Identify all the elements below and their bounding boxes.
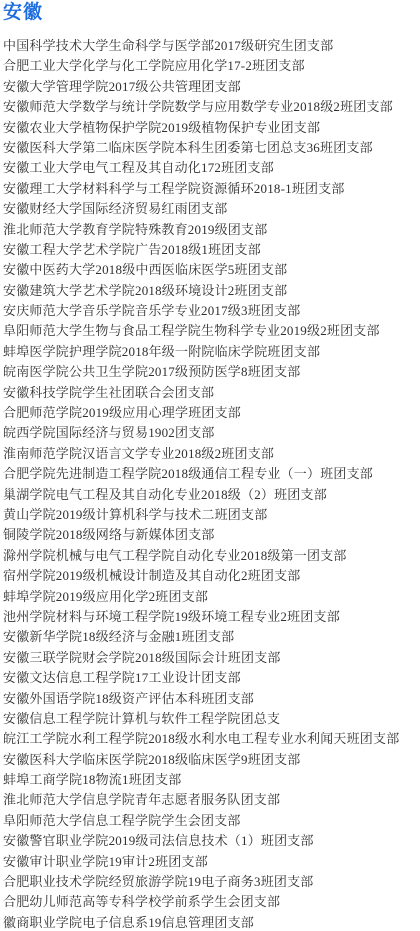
list-item: 安庆师范大学音乐学院音乐学专业2017级3班团支部 bbox=[3, 301, 420, 321]
list-item: 安徽中医药大学2018级中西医临床医学5班团支部 bbox=[3, 260, 420, 280]
list-item: 合肥职业技术学院经贸旅游学院19电子商务3班团支部 bbox=[3, 872, 420, 892]
list-item: 安徽师范大学数学与统计学院数学与应用数学专业2018级2班团支部 bbox=[3, 97, 420, 117]
list-item: 安徽医科大学第二临床医学院本科生团委第七团总支36班团支部 bbox=[3, 138, 420, 158]
list-item: 安徽工程大学艺术学院广告2018级1班团支部 bbox=[3, 240, 420, 260]
list-item: 合肥幼儿师范高等专科学校学前系学生会团支部 bbox=[3, 892, 420, 912]
list-item: 蚌埠学院2019级应用化学2班团支部 bbox=[3, 587, 420, 607]
list-item: 池州学院材料与环境工程学院19级环境工程专业2班团支部 bbox=[3, 607, 420, 627]
list-item: 安徽建筑大学艺术学院2018级环境设计2班团支部 bbox=[3, 281, 420, 301]
list-item: 安徽审计职业学院19审计2班团支部 bbox=[3, 852, 420, 872]
branch-list: 中国科学技术大学生命科学与医学部2017级研究生团支部合肥工业大学化学与化工学院… bbox=[3, 36, 420, 931]
list-item: 铜陵学院2018级网络与新媒体团支部 bbox=[3, 525, 420, 545]
list-item: 合肥学院先进制造工程学院2018级通信工程专业（一）班团支部 bbox=[3, 464, 420, 484]
list-item: 安徽三联学院财会学院2018级国际会计班团支部 bbox=[3, 648, 420, 668]
list-item: 阜阳师范大学生物与食品工程学院生物科学专业2019级2班团支部 bbox=[3, 321, 420, 341]
list-item: 巢湖学院电气工程及其自动化专业2018级（2）班团支部 bbox=[3, 485, 420, 505]
list-item: 安徽医科大学临床医学院2018级临床医学9班团支部 bbox=[3, 750, 420, 770]
list-item: 淮北师范大学教育学院特殊教育2019级团支部 bbox=[3, 220, 420, 240]
list-item: 黄山学院2019级计算机科学与技术二班团支部 bbox=[3, 505, 420, 525]
list-item: 合肥师范学院2019级应用心理学班团支部 bbox=[3, 403, 420, 423]
list-item: 安徽农业大学植物保护学院2019级植物保护专业团支部 bbox=[3, 118, 420, 138]
list-item: 蚌埠工商学院18物流1班团支部 bbox=[3, 770, 420, 790]
list-item: 安徽科技学院学生社团联合会团支部 bbox=[3, 383, 420, 403]
page-title: 安徽 bbox=[3, 1, 43, 25]
list-item: 滁州学院机械与电气工程学院自动化专业2018级第一团支部 bbox=[3, 546, 420, 566]
list-item: 皖南医学院公共卫生学院2017级预防医学8班团支部 bbox=[3, 362, 420, 382]
page: 安徽 中国科学技术大学生命科学与医学部2017级研究生团支部合肥工业大学化学与化… bbox=[0, 0, 420, 931]
list-item: 合肥工业大学化学与化工学院应用化学17-2班团支部 bbox=[3, 56, 420, 76]
list-item: 安徽新华学院18级经济与金融1班团支部 bbox=[3, 627, 420, 647]
list-item: 皖西学院国际经济与贸易1902团支部 bbox=[3, 423, 420, 443]
list-item: 安徽工业大学电气工程及其自动化172班团支部 bbox=[3, 158, 420, 178]
list-item: 安徽外国语学院18级资产评估本科班团支部 bbox=[3, 689, 420, 709]
list-item: 淮北师范大学信息学院青年志愿者服务队团支部 bbox=[3, 790, 420, 810]
list-item: 安徽大学管理学院2017级公共管理团支部 bbox=[3, 77, 420, 97]
list-item: 淮南师范学院汉语言文学专业2018级2班团支部 bbox=[3, 444, 420, 464]
list-item: 中国科学技术大学生命科学与医学部2017级研究生团支部 bbox=[3, 36, 420, 56]
list-item: 徽商职业学院电子信息系19信息管理团支部 bbox=[3, 913, 420, 931]
list-item: 安徽财经大学国际经济贸易红雨团支部 bbox=[3, 199, 420, 219]
list-item: 安徽警官职业学院2019级司法信息技术（1）班团支部 bbox=[3, 831, 420, 851]
list-item: 蚌埠医学院护理学院2018年级一附院临床学院班团支部 bbox=[3, 342, 420, 362]
list-item: 安徽信息工程学院计算机与软件工程学院团总支 bbox=[3, 709, 420, 729]
list-item: 阜阳师范大学信息工程学院学生会团支部 bbox=[3, 811, 420, 831]
list-item: 安徽理工大学材料科学与工程学院资源循环2018-1班团支部 bbox=[3, 179, 420, 199]
list-item: 宿州学院2019级机械设计制造及其自动化2班团支部 bbox=[3, 566, 420, 586]
list-item: 安徽文达信息工程学院17工业设计团支部 bbox=[3, 668, 420, 688]
list-item: 皖江工学院水利工程学院2018级水利水电工程专业水利闻天班团支部 bbox=[3, 729, 420, 749]
